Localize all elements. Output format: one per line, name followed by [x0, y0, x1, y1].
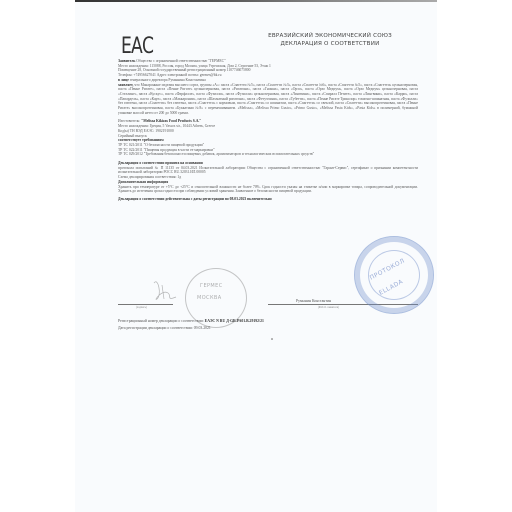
declares-label: заявляет,	[118, 83, 133, 87]
basis-text: протокола испытаний № П 11135 от 04.03.2…	[118, 166, 418, 175]
represented-label: в лице	[118, 78, 129, 82]
manufacturer-name: "Melissa Kikizas Food Products S.A."	[141, 119, 201, 123]
represented-name: генерального директора Румынина Констант…	[130, 78, 206, 82]
signature-scribble	[148, 275, 188, 305]
header-title: ДЕКЛАРАЦИЯ О СООТВЕТСТВИИ	[200, 40, 460, 48]
header-union: ЕВРАЗИЙСКИЙ ЭКОНОМИЧЕСКИЙ СОЮЗ	[200, 32, 460, 40]
declares-paragraph: заявляет, что Макаронные изделия высшего…	[118, 83, 418, 116]
declares-text: что Макаронные изделия высшего сорта, гр…	[118, 83, 418, 115]
registration-date-label: Дата регистрации декларации о соответств…	[118, 326, 193, 330]
document-header: ЕВРАЗИЙСКИЙ ЭКОНОМИЧЕСКИЙ СОЮЗ ДЕКЛАРАЦИ…	[200, 32, 460, 48]
validity-text: Декларация о соответствии действительна …	[118, 197, 418, 202]
applicant-label: Заявитель	[118, 59, 135, 63]
eac-logo: ЕАС	[121, 36, 141, 58]
signature-caption: (подпись)	[136, 306, 147, 309]
manufacturer-label: Изготовитель	[118, 119, 139, 123]
applicant-stamp-text2: МОСКВА	[197, 295, 222, 301]
registration-number: ЕАЭС N RU Д-GR.РА01.В.29192/21	[205, 319, 264, 323]
applicant-stamp-text1: ГЕРМЕС	[200, 283, 223, 289]
registration-date: 09.03.2021	[194, 326, 211, 330]
additional-text: Хранить при температуре от +5°С до +25°С…	[118, 185, 418, 194]
registration-block: Регистрационный номер декларации о соотв…	[118, 318, 418, 331]
signer-name: Румынин Константин	[296, 299, 331, 303]
scan-speck	[271, 338, 273, 340]
registration-date-line: Дата регистрации декларации о соответств…	[118, 325, 418, 332]
applicant-name: Общество с ограниченной ответственностью…	[136, 59, 225, 63]
declaration-body: Заявитель Общество с ограниченной ответс…	[118, 59, 418, 202]
registration-number-label: Регистрационный номер декларации о соотв…	[118, 319, 204, 323]
signer-name-caption: (Ф.И.О. заявителя)	[318, 306, 339, 309]
scan-edge	[75, 0, 437, 2]
